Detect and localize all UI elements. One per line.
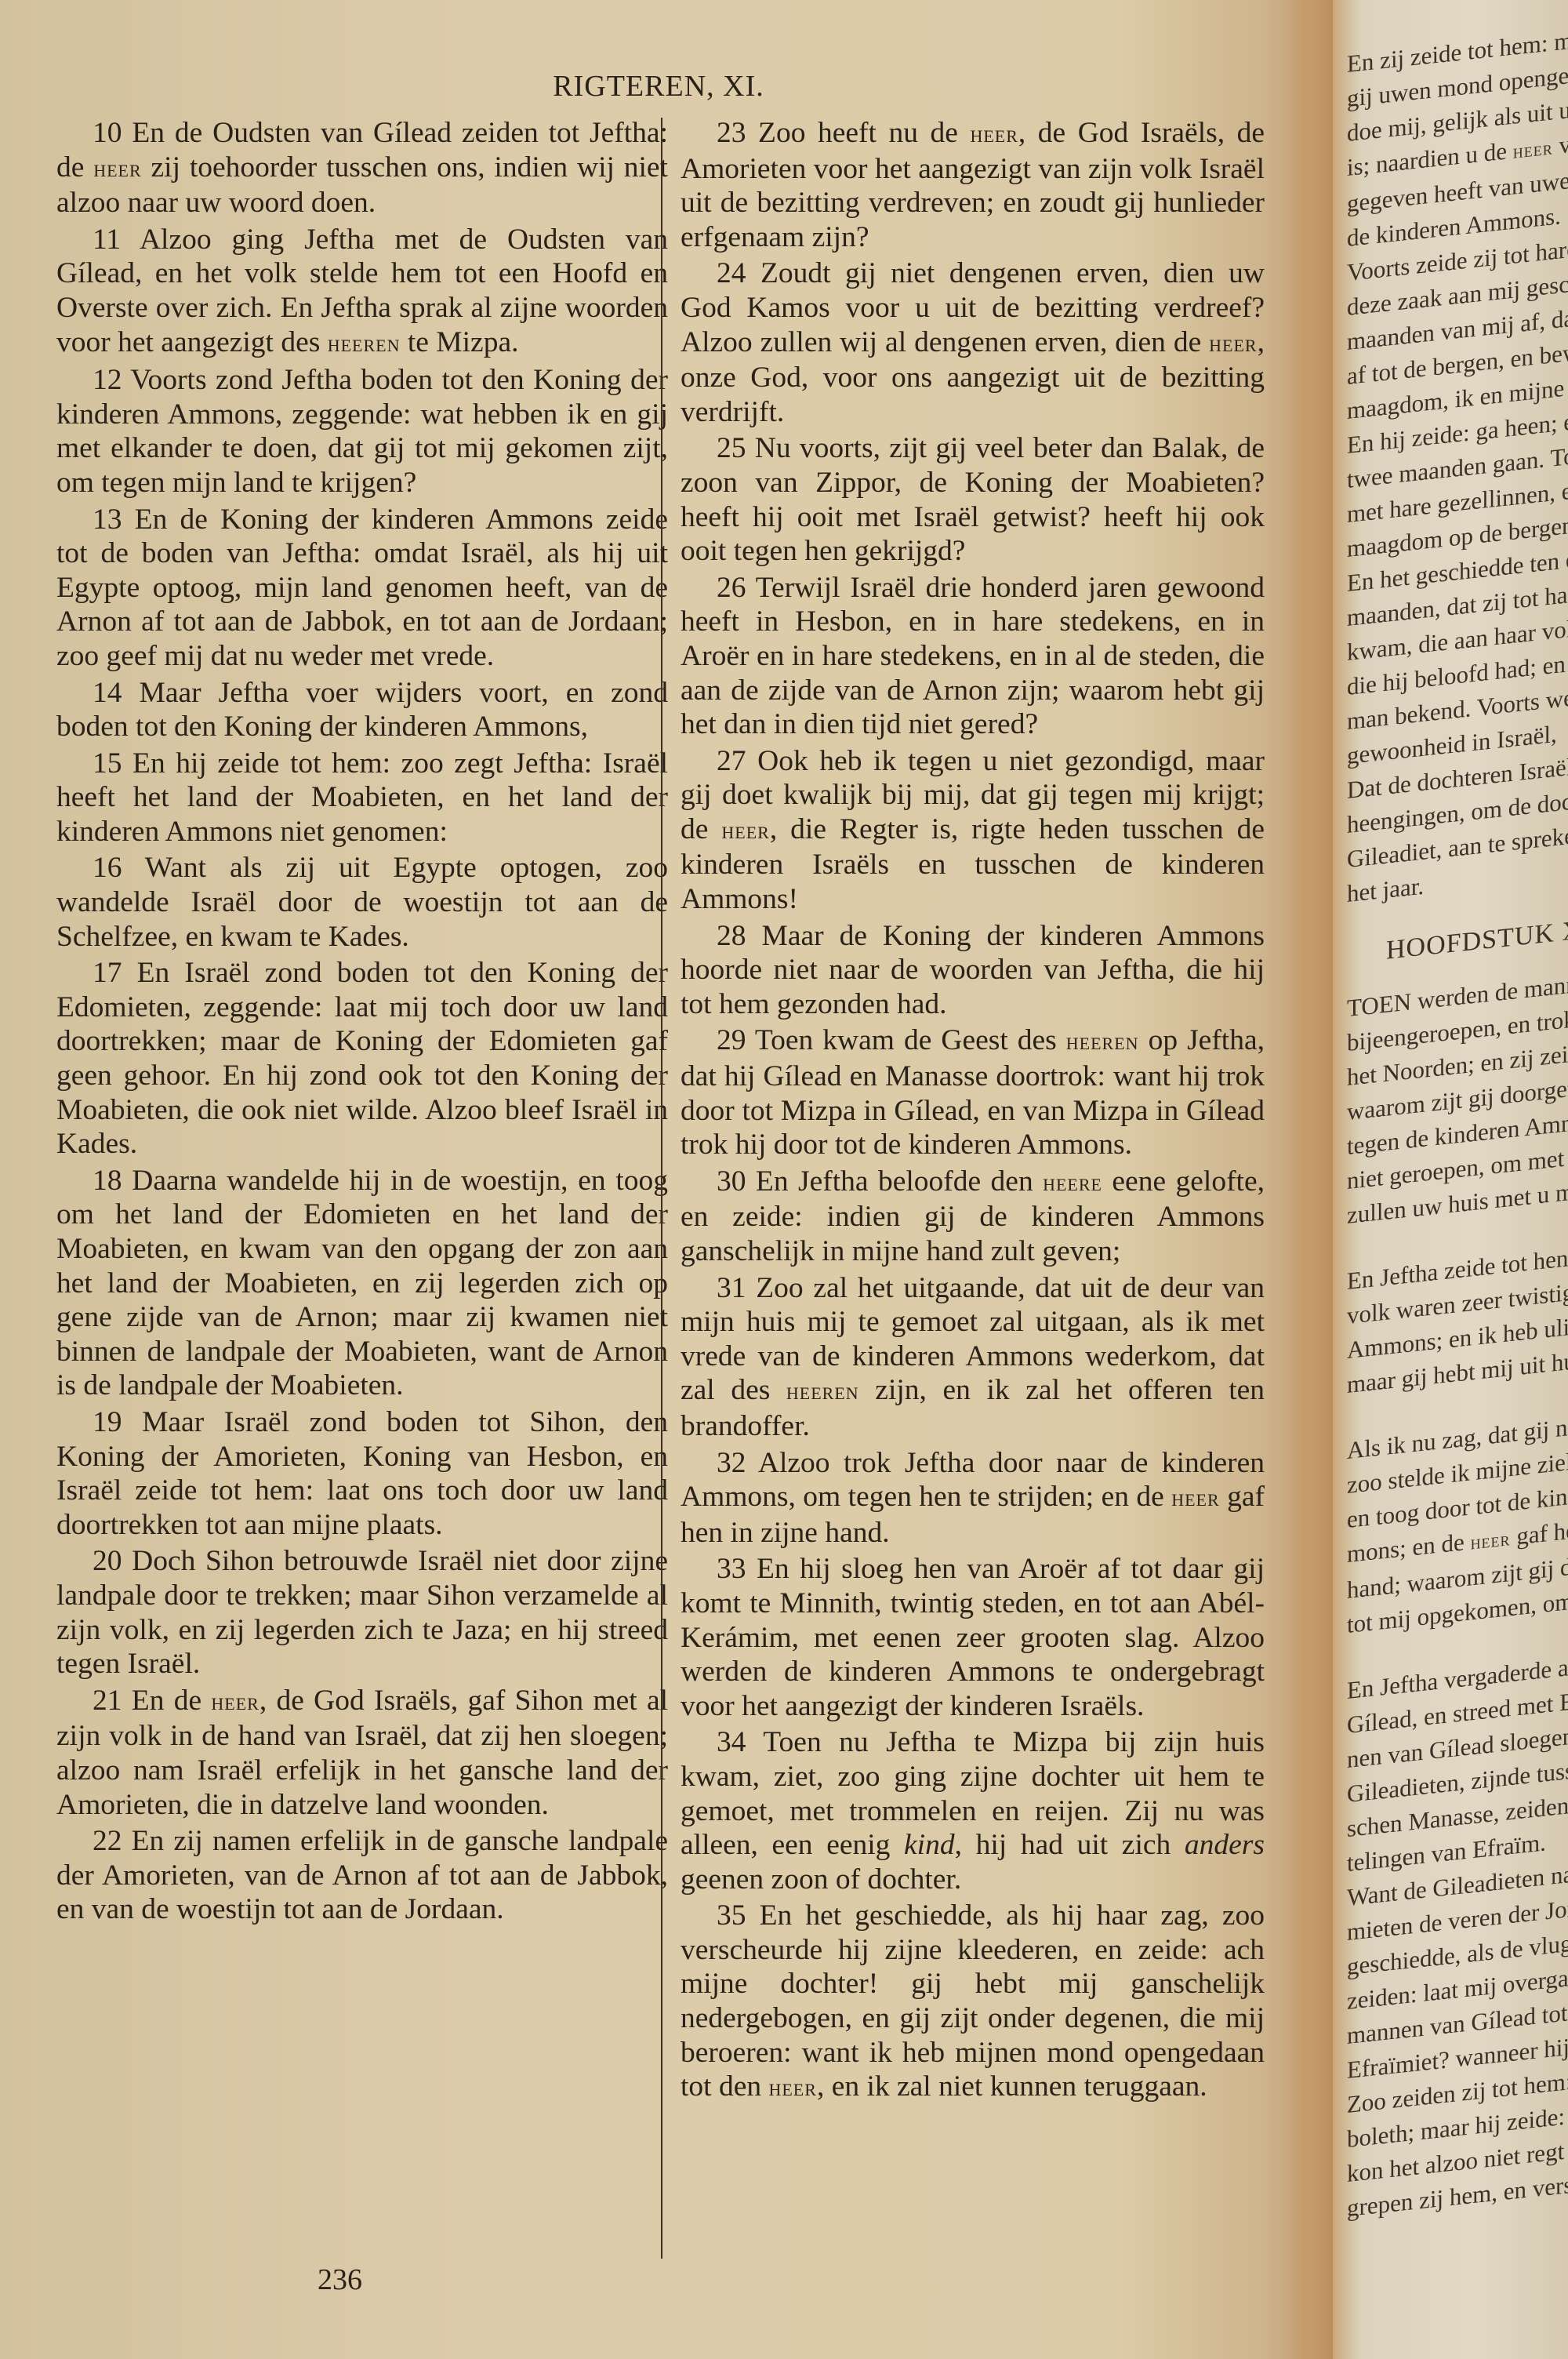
- divine-name: HEER: [768, 2074, 816, 2101]
- verse-23: 23 Zoo heeft nu de HEER, de God Israëls,…: [681, 116, 1265, 254]
- verse-16: 16 Want als zij uit Egypte optogen, zoo …: [56, 851, 668, 954]
- chapter-heading: HOOFDSTUK XII.: [1386, 903, 1568, 969]
- divine-name: HEER: [211, 1688, 259, 1715]
- divine-name: HEER: [970, 121, 1018, 147]
- verse-text: En hij sloeg hen van Aroër af tot daar g…: [681, 1553, 1265, 1721]
- verse-number: 12: [93, 364, 130, 396]
- verse-number: 32: [717, 1447, 758, 1479]
- verse-text: Maar de Koning der kinderen Ammons hoord…: [681, 920, 1265, 1020]
- verse-text: Nu voorts, zijt gij veel beter dan Balak…: [681, 432, 1265, 567]
- divine-name: HEER: [721, 817, 769, 844]
- verse-text: Zoudt gij niet dengenen erven, dien uw G…: [681, 257, 1265, 427]
- verse-number: 15: [93, 747, 132, 780]
- verse-text: Toen kwam de Geest des HEEREN op Jeftha,…: [681, 1024, 1265, 1161]
- verse-number: 30: [717, 1165, 756, 1198]
- column-divider: [661, 118, 662, 2259]
- verse-text: Maar Israël zond boden tot Sihon, den Ko…: [56, 1406, 668, 1541]
- divine-name: HEER: [1209, 330, 1257, 357]
- verse-number: 20: [93, 1545, 132, 1577]
- verse-number: 19: [93, 1406, 142, 1438]
- page-number: 236: [318, 2263, 362, 2297]
- verse-32: 32 Alzoo trok Jeftha door naar de kinder…: [681, 1446, 1265, 1550]
- book-page-left: RIGTEREN, XI. 10 En de Oudsten van Gílea…: [0, 0, 1317, 2359]
- verse-number: 29: [717, 1024, 755, 1056]
- verse-22: 22 En zij namen erfelijk in de gansche l…: [56, 1824, 668, 1927]
- verse-29: 29 Toen kwam de Geest des HEEREN op Jeft…: [681, 1023, 1265, 1161]
- verse-text: Maar Jeftha voer wijders voort, en zond …: [56, 677, 668, 743]
- verse-text: Zoo heeft nu de HEER, de God Israëls, de…: [681, 117, 1265, 253]
- verse-number: 26: [717, 572, 756, 604]
- verse-33: 33 En hij sloeg hen van Aroër af tot daa…: [681, 1552, 1265, 1723]
- verse-12: 12 Voorts zond Jeftha boden tot den Koni…: [56, 363, 668, 500]
- divine-name: HEEREN: [328, 330, 401, 357]
- verse-27: 27 Ook heb ik tegen u niet gezondigd, ma…: [681, 744, 1265, 917]
- verse-number: 10: [93, 117, 132, 149]
- divine-name: HEER: [1171, 1485, 1219, 1511]
- verse-number: 17: [93, 957, 137, 989]
- verse-number: 18: [93, 1165, 132, 1197]
- verse-text: Ook heb ik tegen u niet gezondigd, maar …: [681, 745, 1265, 915]
- verse-text: Alzoo trok Jeftha door naar de kinderen …: [681, 1447, 1265, 1549]
- verse-text: En de HEER, de God Israëls, gaf Sihon me…: [56, 1685, 668, 1821]
- text-column-left: 10 En de Oudsten van Gílead zeiden tot J…: [56, 116, 668, 1929]
- running-head: RIGTEREN, XI.: [0, 69, 1317, 104]
- verse-text: Voorts zond Jeftha boden tot den Koning …: [56, 364, 668, 499]
- verse-number: 13: [93, 503, 135, 536]
- divine-name: HEER: [1513, 136, 1553, 162]
- verse-number: 11: [93, 224, 140, 256]
- verse-14: 14 Maar Jeftha voer wijders voort, en zo…: [56, 676, 668, 744]
- italic-word: kind: [904, 1829, 955, 1861]
- italic-word: anders: [1185, 1829, 1265, 1861]
- verse-number: 16: [93, 852, 145, 884]
- verse-13: 13 En de Koning der kinderen Ammons zeid…: [56, 503, 668, 674]
- verse-number: 25: [717, 432, 755, 464]
- verse-number: 27: [717, 745, 757, 777]
- verse-25: 25 Nu voorts, zijt gij veel beter dan Ba…: [681, 431, 1265, 568]
- verse-text: Zoo zal het uitgaande, dat uit de deur v…: [681, 1272, 1265, 1442]
- facing-page-text: En zij zeide tot hem: mijn vader,gij uwe…: [1347, 13, 1568, 2226]
- facing-page-right: En zij zeide tot hem: mijn vader,gij uwe…: [1333, 0, 1568, 2359]
- verse-text: En het geschiedde, als hij haar zag, zoo…: [681, 1899, 1265, 2103]
- verse-31: 31 Zoo zal het uitgaande, dat uit de deu…: [681, 1271, 1265, 1444]
- verse-text: Daarna wandelde hij in de woestijn, en t…: [56, 1165, 668, 1402]
- verse-26: 26 Terwijl Israël drie honderd jaren gew…: [681, 571, 1265, 742]
- verse-34: 34 Toen nu Jeftha te Mizpa bij zijn huis…: [681, 1725, 1265, 1896]
- verse-20: 20 Doch Sihon betrouwde Israël niet door…: [56, 1544, 668, 1681]
- verse-11: 11 Alzoo ging Jeftha met de Oudsten van …: [56, 223, 668, 361]
- verse-text: En de Oudsten van Gílead zeiden tot Jeft…: [56, 117, 668, 219]
- verse-text: En zij namen erfelijk in de gansche land…: [56, 1825, 668, 1925]
- divine-name: HEERE: [1043, 1169, 1102, 1196]
- verse-35: 35 En het geschiedde, als hij haar zag, …: [681, 1899, 1265, 2106]
- verse-text: Alzoo ging Jeftha met de Oudsten van Gíl…: [56, 224, 668, 358]
- verse-number: 23: [717, 117, 758, 149]
- verse-number: 31: [717, 1272, 756, 1304]
- verse-30: 30 En Jeftha beloofde den HEERE eene gel…: [681, 1165, 1265, 1269]
- verse-10: 10 En de Oudsten van Gílead zeiden tot J…: [56, 116, 668, 220]
- verse-28: 28 Maar de Koning der kinderen Ammons ho…: [681, 919, 1265, 1022]
- verse-number: 14: [93, 677, 140, 709]
- text-column-right: 23 Zoo heeft nu de HEER, de God Israëls,…: [681, 116, 1265, 2108]
- verse-text: Toen nu Jeftha te Mizpa bij zijn huis kw…: [681, 1726, 1265, 1895]
- divine-name: HEEREN: [786, 1378, 859, 1405]
- verse-19: 19 Maar Israël zond boden tot Sihon, den…: [56, 1405, 668, 1542]
- divine-name: HEER: [1471, 1528, 1511, 1554]
- verse-15: 15 En hij zeide tot hem: zoo zegt Jeftha…: [56, 747, 668, 849]
- verse-number: 24: [717, 257, 760, 289]
- verse-number: 34: [717, 1726, 763, 1758]
- verse-24: 24 Zoudt gij niet dengenen erven, dien u…: [681, 256, 1265, 429]
- verse-21: 21 En de HEER, de God Israëls, gaf Sihon…: [56, 1684, 668, 1822]
- verse-text: En Israël zond boden tot den Koning der …: [56, 957, 668, 1160]
- verse-text: En de Koning der kinderen Ammons zeide t…: [56, 503, 668, 672]
- divine-name: HEER: [93, 155, 141, 182]
- verse-number: 33: [717, 1553, 757, 1585]
- verse-number: 28: [717, 920, 762, 952]
- verse-text: En Jeftha beloofde den HEERE eene geloft…: [681, 1165, 1265, 1267]
- verse-17: 17 En Israël zond boden tot den Koning d…: [56, 956, 668, 1161]
- verse-number: 21: [93, 1685, 132, 1717]
- verse-18: 18 Daarna wandelde hij in de woestijn, e…: [56, 1164, 668, 1403]
- verse-text: Terwijl Israël drie honderd jaren gewoon…: [681, 572, 1265, 740]
- verse-number: 22: [93, 1825, 132, 1857]
- verse-text: En hij zeide tot hem: zoo zegt Jeftha: I…: [56, 747, 668, 848]
- verse-text: Doch Sihon betrouwde Israël niet door zi…: [56, 1545, 668, 1680]
- divine-name: HEEREN: [1066, 1028, 1139, 1055]
- verse-number: 35: [717, 1899, 760, 1932]
- verse-text: Want als zij uit Egypte optogen, zoo wan…: [56, 852, 668, 952]
